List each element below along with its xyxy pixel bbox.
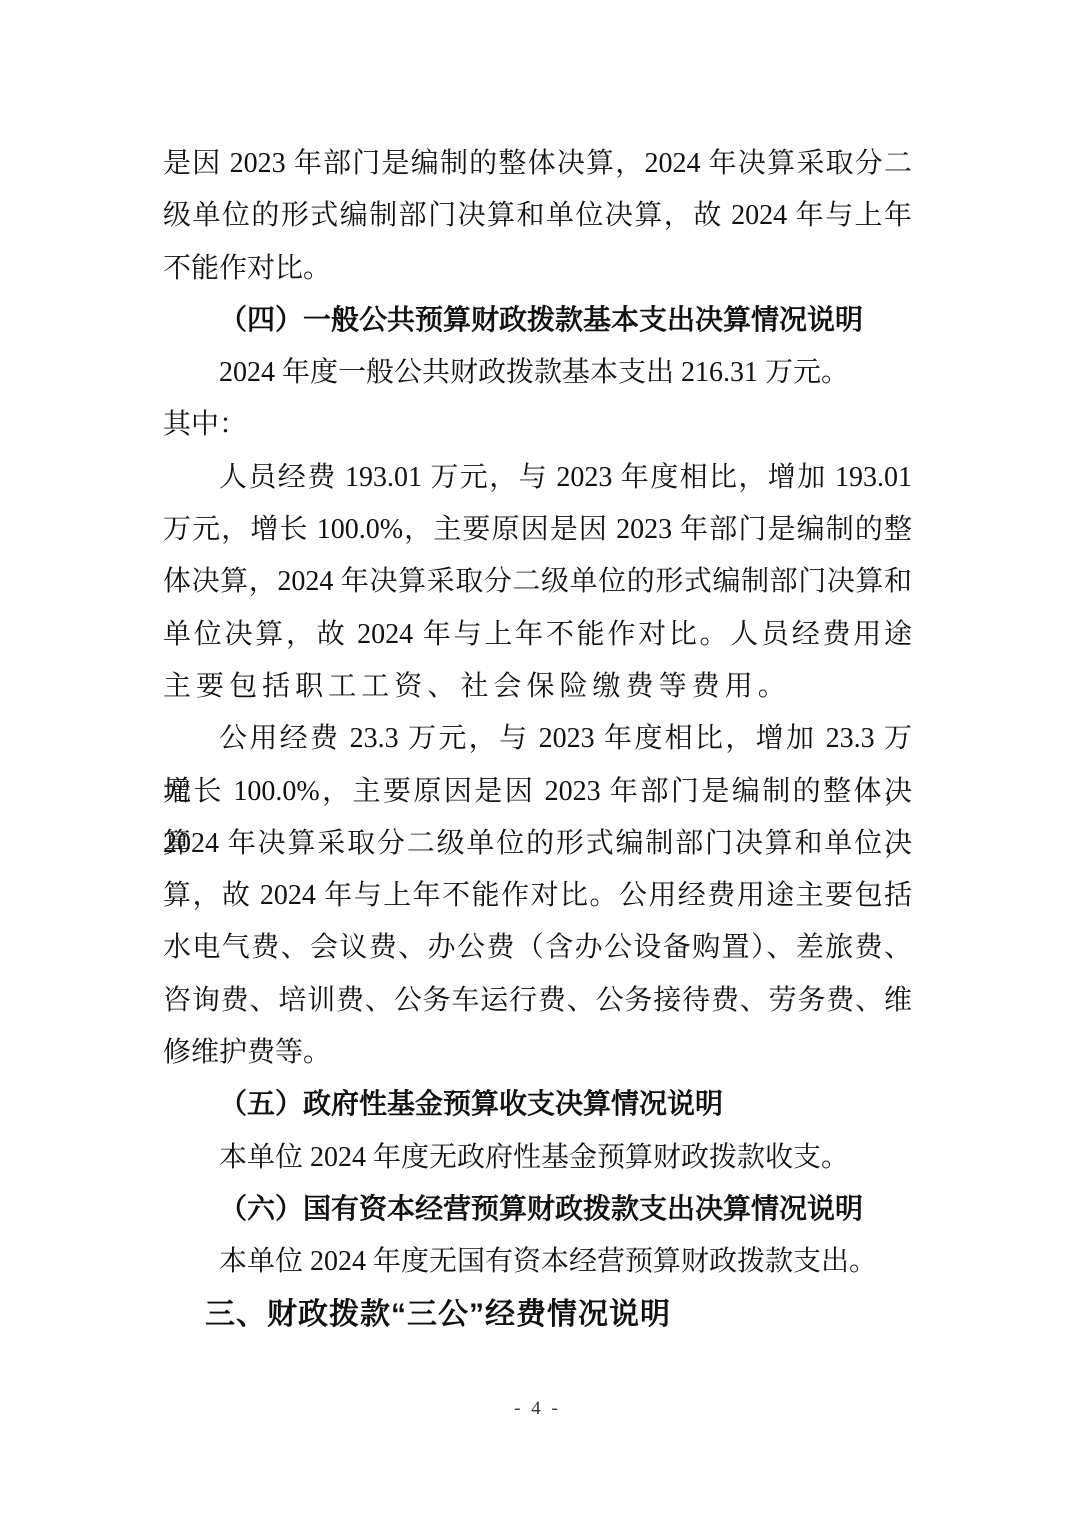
- body-line: 万元，增长 100.0%，主要原因是因 2023 年部门是编制的整: [163, 504, 912, 556]
- body-line: 本单位 2024 年度无政府性基金预算财政拨款收支。: [163, 1132, 912, 1184]
- body-line: 级单位的形式编制部门决算和单位决算，故 2024 年与上年: [163, 190, 912, 242]
- body-line: 其中：: [163, 399, 912, 451]
- body-line: 2024 年度一般公共财政拨款基本支出 216.31 万元。: [163, 347, 912, 399]
- body-line: 体决算，2024 年决算采取分二级单位的形式编制部门决算和: [163, 556, 912, 608]
- document-body: 是因 2023 年部门是编制的整体决算，2024 年决算采取分二级单位的形式编制…: [163, 138, 912, 1341]
- body-line: 是因 2023 年部门是编制的整体决算，2024 年决算采取分二: [163, 138, 912, 190]
- body-line: 算，故 2024 年与上年不能作对比。公用经费用途主要包括: [163, 870, 912, 922]
- body-line: 人员经费 193.01 万元，与 2023 年度相比，增加 193.01: [163, 452, 912, 504]
- body-line: 修维护费等。: [163, 1027, 912, 1079]
- body-line: 2024 年决算采取分二级单位的形式编制部门决算和单位决: [163, 818, 912, 870]
- section-heading-4: （四）一般公共预算财政拨款基本支出决算情况说明: [163, 295, 912, 347]
- page-number: - 4 -: [0, 1398, 1075, 1420]
- body-line: 咨询费、培训费、公务车运行费、公务接待费、劳务费、维: [163, 975, 912, 1027]
- section-heading-5: （五）政府性基金预算收支决算情况说明: [163, 1079, 912, 1131]
- body-line: 主要包括职工工资、社会保险缴费等费用。: [163, 661, 912, 713]
- document-page: 是因 2023 年部门是编制的整体决算，2024 年决算采取分二级单位的形式编制…: [0, 0, 1075, 1520]
- section-heading-6: （六）国有资本经营预算财政拨款支出决算情况说明: [163, 1184, 912, 1236]
- body-line: 公用经费 23.3 万元，与 2023 年度相比，增加 23.3 万元，: [163, 713, 912, 765]
- chapter-heading-3: 三、财政拨款“三公”经费情况说明: [163, 1289, 912, 1341]
- body-line: 不能作对比。: [163, 243, 912, 295]
- body-line: 本单位 2024 年度无国有资本经营预算财政拨款支出。: [163, 1236, 912, 1288]
- body-line: 水电气费、会议费、办公费（含办公设备购置）、差旅费、: [163, 922, 912, 974]
- body-line: 增长 100.0%，主要原因是因 2023 年部门是编制的整体决算，: [163, 766, 912, 818]
- body-line: 单位决算，故 2024 年与上年不能作对比。人员经费用途: [163, 609, 912, 661]
